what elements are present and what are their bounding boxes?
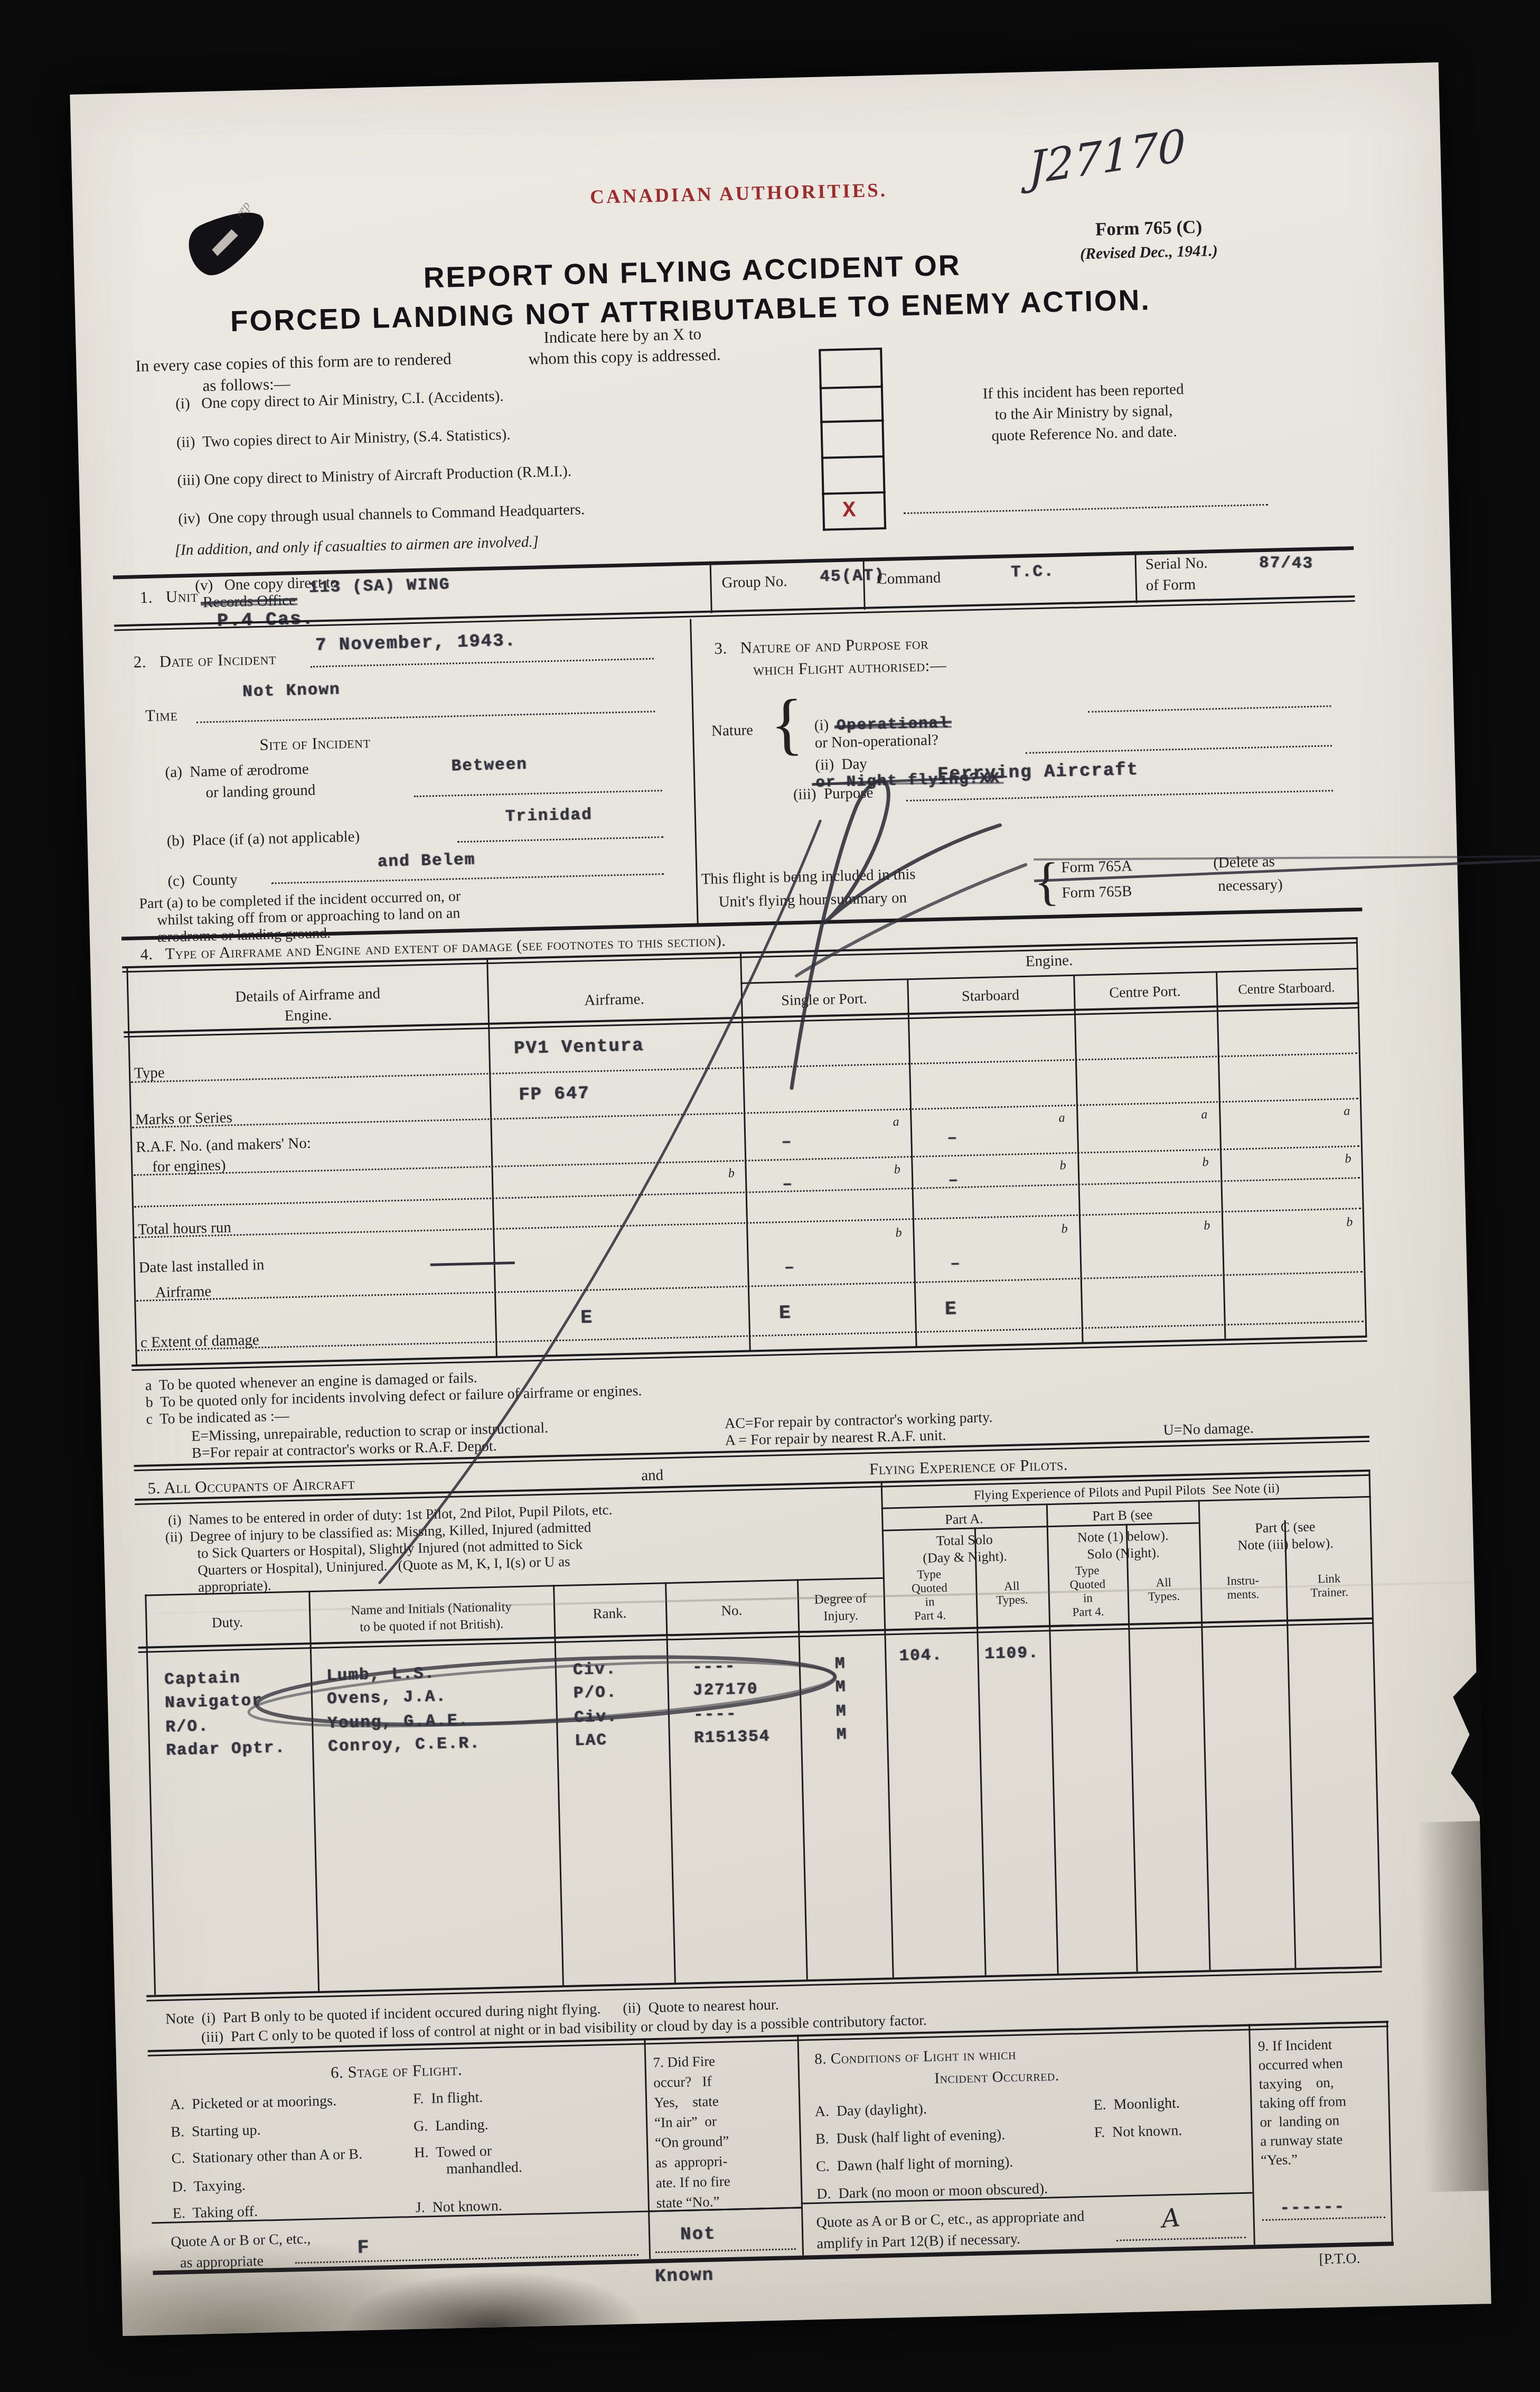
nature-ii-pre: Day	[841, 755, 867, 773]
installed-dash-st: –	[950, 1255, 961, 1274]
sec8-quote-line2: amplify in Part 12(B) if necessary.	[816, 2231, 1020, 2253]
sec7-line-4: “In air” or	[654, 2114, 717, 2131]
sec7-answer-line2: Known	[655, 2266, 715, 2287]
sec9-line-6: a runway state	[1260, 2132, 1343, 2149]
command-value: T.C.	[1011, 563, 1055, 582]
raf-no-label-line1: R.A.F. No. (and makers' No:	[136, 1135, 311, 1156]
col-no-header: No.	[665, 1601, 798, 1620]
occ-row3-rank: Civ.	[574, 1708, 618, 1727]
type-label: Type	[134, 1064, 165, 1082]
installed-dash-sp: –	[784, 1259, 795, 1277]
mark-b-h2: b	[1061, 1222, 1068, 1236]
purpose-label: Purpose	[824, 784, 874, 802]
sec4-v-right	[1356, 937, 1367, 1337]
sec9-line-1: 9. If Incident	[1258, 2037, 1332, 2054]
sec9-line-4: taking off from	[1259, 2094, 1346, 2111]
ink-blot-ghost-text: rep	[232, 199, 253, 220]
part-b-sub2: Solo (Night).	[1047, 1545, 1200, 1563]
mark-b-1: b	[894, 1163, 900, 1177]
sec6-item-a: A. Picketed or at moorings.	[170, 2093, 337, 2113]
occ-row2-no: J27170	[692, 1680, 758, 1700]
col-tq-a-1: Type	[883, 1567, 976, 1582]
sec6-item-f: F. In flight.	[413, 2090, 483, 2108]
reported-line3: quote Reference No. and date.	[902, 422, 1267, 447]
installed-label-line1: Date last installed in	[138, 1257, 264, 1276]
copy-item-addition: [In addition, and only if casualties to …	[174, 534, 539, 559]
sec8-item-f: F. Not known.	[1094, 2123, 1182, 2142]
block-v-4	[1386, 2021, 1393, 2241]
time-value: Not Known	[242, 681, 341, 701]
sec8-heading-line2: Incident Occurred.	[934, 2068, 1059, 2087]
block-v-2	[797, 2035, 804, 2256]
date-answer-line	[311, 658, 654, 667]
sec9-line-5: or landing on	[1260, 2113, 1339, 2131]
sec6-item-h1: H. Towed or	[414, 2143, 492, 2161]
mark-b-0: b	[728, 1166, 735, 1181]
occ-row4-no: R151354	[694, 1728, 771, 1748]
raf-dash-sp-1: –	[781, 1133, 792, 1152]
paper-tear-right	[1441, 1668, 1484, 1827]
checkbox-cell-1[interactable]	[819, 348, 883, 389]
part-b-sub1: Note (1) below).	[1047, 1528, 1199, 1546]
county-value: and Belem	[377, 851, 475, 871]
site-of-incident-heading: Site of Incident	[259, 733, 371, 754]
extent-value-st: E	[945, 1298, 958, 1320]
nature-heading-line2: which Flight authorised:—	[753, 656, 947, 679]
row1-divider-3	[1134, 552, 1137, 603]
copies-intro-line2: as follows:—	[202, 375, 290, 395]
date-of-incident-value: 7 November, 1943.	[315, 631, 517, 656]
indicate-line1: Indicate here by an X to	[543, 325, 701, 347]
extent-value-sp: E	[779, 1303, 792, 1324]
col-tq-b-4: Part 4.	[1048, 1604, 1128, 1620]
copy-item-ii: (ii) Two copies direct to Air Ministry, …	[176, 427, 511, 452]
occ-row4-duty: Radar Optr.	[166, 1739, 286, 1760]
sec6-item-h2: manhandled.	[446, 2160, 523, 2178]
serial-label-line2: of Form	[1145, 576, 1196, 594]
col-degree-header-1: Degree of	[797, 1591, 884, 1608]
handwritten-serial: J27170	[1028, 121, 1186, 193]
sec6-item-e: E. Taking off.	[173, 2204, 258, 2222]
sec9-line-7: “Yes.”	[1261, 2152, 1298, 2168]
installed-airframe-mark	[430, 1262, 515, 1266]
occ-v-right	[1368, 1470, 1382, 1966]
sec7-answer-line1: Not	[680, 2225, 716, 2245]
sec8-answer: A	[1160, 2204, 1181, 2234]
sec6-quote-line1: Quote A or B or C, etc.,	[171, 2231, 311, 2251]
occ-row4-rank: LAC	[575, 1732, 608, 1751]
sec8-heading-line1: 8. Conditions of Light in which	[814, 2047, 1016, 2068]
group-value: 45(AT)	[820, 567, 885, 586]
purpose-num: (iii)	[793, 786, 824, 803]
row1-divider-1	[710, 562, 712, 613]
address-checkbox-column: X	[819, 348, 886, 529]
occ-row3-duty: R/O.	[165, 1718, 209, 1737]
mark-b-3: b	[1202, 1155, 1209, 1170]
mark-b-h3: b	[1204, 1219, 1210, 1233]
occ-row2-injury: M	[835, 1678, 846, 1697]
sec6-answer: F	[357, 2237, 370, 2258]
bottom-border	[153, 2241, 1394, 2275]
sec6-item-j: J. Not known.	[415, 2198, 502, 2217]
aerodrome-answer-line	[414, 790, 662, 797]
extent-value-airframe: E	[580, 1307, 594, 1328]
occ-row1-injury: M	[834, 1655, 846, 1674]
col-starboard: Starboard	[910, 986, 1072, 1006]
sec5-heading-right: Flying Experience of Pilots.	[869, 1455, 1068, 1478]
sec6-item-g: G. Landing.	[414, 2117, 489, 2135]
form-765a-label: Form 765A	[1061, 827, 1540, 876]
sec8-item-c: C. Dawn (half light of morning).	[816, 2154, 1013, 2175]
block-v-3	[1248, 2024, 1255, 2245]
time-answer-line	[196, 711, 655, 723]
occ-row3-injury: M	[836, 1703, 847, 1721]
type-value: PV1 Ventura	[514, 1036, 644, 1059]
col-rank-header: Rank.	[553, 1604, 666, 1623]
part-a-sub1: Total Solo	[882, 1531, 1047, 1550]
checkbox-cell-2[interactable]	[820, 384, 884, 423]
occ-row1-no: ----	[692, 1658, 736, 1677]
col-tq-b-1: Type	[1047, 1563, 1127, 1578]
col-tq-a-4: Part 4.	[884, 1608, 976, 1623]
accident-report-form: CANADIAN AUTHORITIES. J27170 Form 765 (C…	[70, 62, 1491, 2336]
sec9-line-2: occurred when	[1259, 2055, 1343, 2073]
nature-label: Nature	[711, 722, 754, 740]
sec23-divider	[690, 619, 699, 924]
county-answer-line	[271, 873, 664, 884]
county-label: (c) County	[167, 872, 238, 890]
occ-v-no	[797, 1579, 808, 1979]
ink-blot	[188, 212, 265, 276]
sec6-heading: 6. Stage of Flight.	[185, 2057, 608, 2085]
sec8-item-a: A. Day (daylight).	[814, 2101, 927, 2120]
reported-line2: to the Air Ministry by signal,	[902, 400, 1266, 426]
mark-b-h4: b	[1346, 1215, 1353, 1229]
serial-label-line1: Serial No.	[1145, 555, 1208, 574]
block-v-1	[644, 2038, 651, 2259]
sec6-item-b: B. Starting up.	[171, 2123, 261, 2141]
checkbox-cell-4[interactable]	[821, 455, 886, 495]
place-label: (b) Place (if (a) not applicable)	[166, 829, 360, 850]
occupants-table-bottom	[146, 1966, 1382, 2002]
sec4-v-cp	[1216, 972, 1226, 1340]
authority-heading: CANADIAN AUTHORITIES.	[590, 180, 888, 209]
nature-ii-answer-line	[1026, 745, 1332, 754]
form-revision: (Revised Dec., 1941.)	[1080, 242, 1218, 263]
sec6-item-c: C. Stationary other than A or B.	[171, 2146, 362, 2167]
sec4-v-stbd	[1073, 976, 1083, 1343]
checkbox-cell-3[interactable]	[820, 419, 885, 459]
paper-edge-shadow-right	[1416, 1821, 1488, 2192]
occ-row3-name: Young, G.A.E.	[327, 1712, 469, 1733]
sec7-line-6: as appropri-	[655, 2154, 728, 2171]
sec7-line-7: ate. If no fire	[655, 2174, 730, 2191]
indicate-line2: whom this copy is addressed.	[528, 345, 721, 368]
flight-summary-line1: This flight is being included in this	[701, 866, 916, 888]
part-a-sub2: (Day & Night).	[882, 1548, 1048, 1567]
occ-row1-alltypes: 1109.	[984, 1644, 1039, 1664]
occ-row1-duty: Captain	[164, 1669, 241, 1689]
delete-as-necessary-line2: necessary)	[1218, 876, 1283, 895]
col-centre-port: Centre Port.	[1076, 983, 1214, 1003]
footnote-u-code: U=No damage.	[1163, 1421, 1254, 1439]
place-answer-line	[457, 836, 663, 843]
occ-v-partc	[1198, 1500, 1211, 1970]
footnote-c: c To be indicated as :—	[146, 1408, 289, 1428]
nature-ii-num: (ii)	[815, 756, 842, 773]
occ-row3-no: ----	[693, 1705, 737, 1724]
sec7-answer-line	[655, 2248, 796, 2253]
sec7-line-3: Yes, state	[654, 2094, 719, 2111]
sec5-heading-and: and	[641, 1467, 664, 1484]
col-single-port: Single or Port.	[744, 990, 905, 1010]
occ-v-name	[553, 1585, 564, 1985]
reported-answer-line	[904, 504, 1268, 514]
raf-dash-st-1: –	[947, 1129, 958, 1148]
col-centre-starboard: Centre Starboard.	[1217, 979, 1356, 998]
group-label: Group No.	[721, 573, 787, 592]
mark-a-3: a	[1201, 1108, 1208, 1122]
date-of-incident-label: 2. Date of Incident	[133, 650, 276, 671]
delete-as-necessary-line1: (Delete as	[1213, 854, 1275, 872]
sec9-line-3: taxying on,	[1259, 2075, 1334, 2092]
place-value: Trinidad	[505, 806, 593, 826]
purpose-value: Ferrying Aircraft	[937, 761, 1139, 785]
occ-row2-name: Ovens, J.A.	[327, 1688, 447, 1708]
nature-i-num: (i)	[814, 716, 837, 734]
col-airframe-header: Airframe.	[490, 989, 739, 1012]
sec4-v-details	[486, 958, 497, 1357]
sec4-v-airframe	[740, 952, 751, 1351]
nature-i-struck: Operational	[836, 714, 949, 734]
sec8-item-e: E. Moonlight.	[1093, 2096, 1180, 2114]
sec7-line-1: 7. Did Fire	[653, 2053, 715, 2070]
signature-scribble-1	[784, 778, 1006, 1088]
marks-value: FP 647	[519, 1084, 590, 1106]
aerodrome-label-line2: or landing ground	[205, 782, 316, 802]
copy-item-iv: (iv) One copy through usual channels to …	[178, 501, 585, 528]
unit-label: 1. Unit	[139, 587, 198, 607]
sec7-line-2: occur? If	[653, 2074, 712, 2091]
unit-value: 113 (SA) WING	[308, 576, 450, 597]
sec8-answer-line	[1116, 2237, 1246, 2241]
form-number: Form 765 (C)	[1095, 217, 1202, 240]
occ-v-left	[145, 1594, 156, 1995]
ink-blot-notch	[211, 229, 238, 256]
sec7-line-5: “On ground”	[655, 2134, 729, 2151]
occ-row2-duty: Navigator	[165, 1692, 263, 1712]
sec9-answer: ------	[1280, 2198, 1345, 2218]
occ-row1-rank: Civ.	[573, 1661, 617, 1680]
nature-heading-line1: 3. Nature of and Purpose for	[714, 634, 929, 658]
flight-summary-line2: Unit's flying hour summary on	[718, 890, 907, 911]
sec8-quote-line1: Quote as A or B or C, etc., as appropria…	[816, 2209, 1084, 2231]
form-765b-label: Form 765B	[1062, 883, 1132, 902]
occ-row4-injury: M	[837, 1726, 848, 1744]
aerodrome-label-line1: (a) Name of ærodrome	[165, 761, 309, 781]
copy-item-v-struck: Records Office	[203, 592, 296, 611]
mark-b-h1: b	[895, 1226, 902, 1240]
mark-b-4: b	[1345, 1152, 1351, 1166]
occ-row1-name: Lumb, L.S.	[326, 1665, 436, 1686]
pto-label: [P.T.O.	[1319, 2251, 1360, 2268]
reported-line1: If this incident has been reported	[901, 379, 1266, 405]
occ-row2-rank: P/O.	[574, 1684, 617, 1703]
checkbox-x-mark: X	[842, 498, 856, 523]
time-label: Time	[145, 706, 178, 725]
mark-b-2: b	[1059, 1158, 1066, 1173]
col-name-header-2: to be quoted if not British).	[309, 1615, 555, 1636]
sec6-item-d: D. Taxying.	[172, 2178, 246, 2195]
copy-item-iii: (iii) One copy direct to Ministry of Air…	[177, 463, 571, 489]
command-label: Command	[877, 570, 941, 588]
mark-a-2: a	[1058, 1111, 1065, 1125]
occ-row4-name: Conroy, C.E.R.	[328, 1735, 481, 1756]
serial-value: 87/43	[1259, 555, 1313, 573]
mark-a-1: a	[893, 1115, 899, 1129]
occ-row1-solo: 104.	[899, 1647, 943, 1666]
occ-v-duty	[308, 1591, 320, 1991]
purpose-label-line: (iii) Purpose	[793, 785, 874, 803]
sec8-item-b: B. Dusk (half light of evening).	[815, 2127, 1006, 2147]
sec4-v-sp	[907, 979, 917, 1347]
copies-intro-line1: In every case copies of this form are to…	[135, 350, 452, 375]
paper-wrinkle-shadow-mid	[343, 2269, 640, 2331]
occ-v-rank	[665, 1582, 676, 1983]
mark-a-4: a	[1344, 1105, 1350, 1119]
col-duty-header: Duty.	[145, 1613, 309, 1632]
col-degree-header-2: Injury.	[797, 1608, 884, 1624]
aerodrome-value: Between	[451, 756, 528, 775]
nature-i-answer-line	[1088, 705, 1331, 713]
